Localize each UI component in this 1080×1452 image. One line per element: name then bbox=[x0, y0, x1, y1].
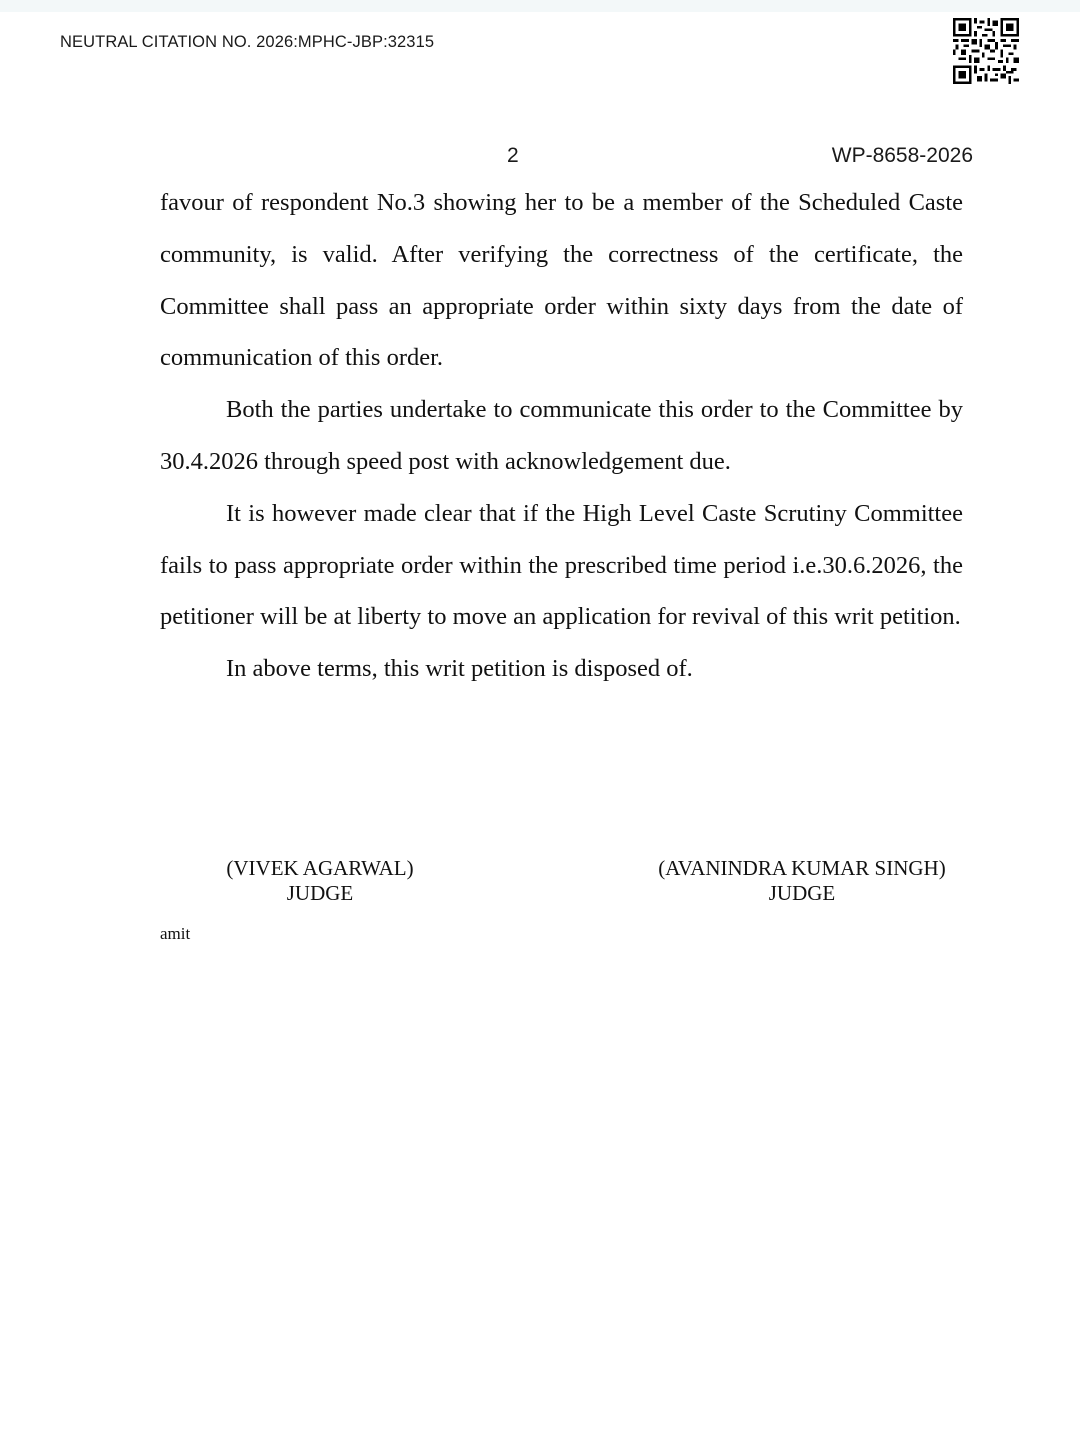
signature-block-left: (VIVEK AGARWAL) JUDGE bbox=[219, 856, 421, 906]
paragraph: favour of respondent No.3 showing her to… bbox=[160, 177, 963, 384]
qr-code-icon bbox=[953, 18, 1019, 84]
judge-title: JUDGE bbox=[648, 881, 956, 906]
signature-block-right: (AVANINDRA KUMAR SINGH) JUDGE bbox=[648, 856, 956, 906]
paragraph: In above terms, this writ petition is di… bbox=[160, 643, 963, 695]
order-body: favour of respondent No.3 showing her to… bbox=[160, 177, 963, 695]
viewer-top-strip bbox=[0, 0, 1080, 12]
judge-name: (AVANINDRA KUMAR SINGH) bbox=[648, 856, 956, 881]
paragraph: It is however made clear that if the Hig… bbox=[160, 488, 963, 643]
page-number: 2 bbox=[507, 144, 519, 168]
case-number: WP-8658-2026 bbox=[832, 144, 973, 168]
clerk-initials: amit bbox=[160, 924, 190, 944]
judge-name: (VIVEK AGARWAL) bbox=[219, 856, 421, 881]
paragraph: Both the parties undertake to communicat… bbox=[160, 384, 963, 488]
neutral-citation: NEUTRAL CITATION NO. 2026:MPHC-JBP:32315 bbox=[60, 33, 434, 52]
judge-title: JUDGE bbox=[219, 881, 421, 906]
